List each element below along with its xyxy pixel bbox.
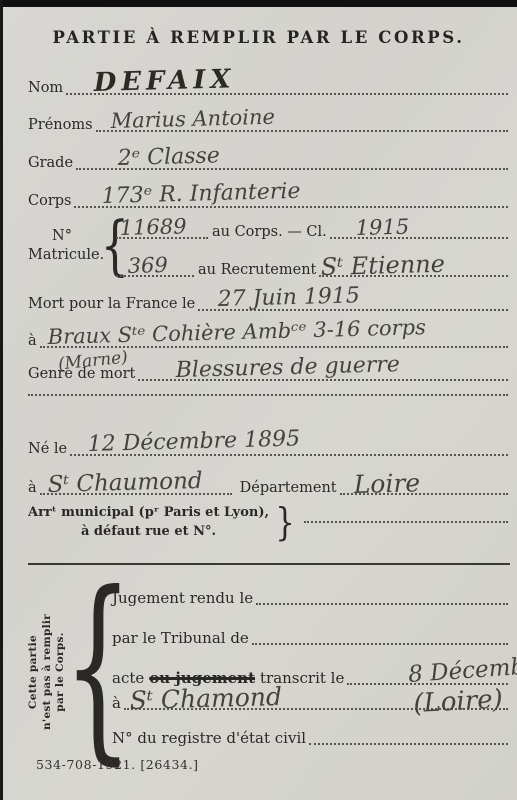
arrondissement-brace: } bbox=[275, 505, 294, 539]
matricule-label-word: Matricule. bbox=[28, 247, 104, 264]
arrondissement-label-1: Arrᵗ municipal (pʳ Paris et Lyon), bbox=[28, 503, 269, 522]
print-imprint: 534-708-1921. [26434.] bbox=[36, 757, 199, 772]
field-registre: N° du registre d'état civil bbox=[112, 729, 508, 748]
jugement-line bbox=[256, 603, 508, 605]
sidebar-line-1: Cette partie bbox=[27, 590, 41, 754]
genre-mort-line: Blessures de guerre bbox=[138, 379, 508, 381]
empty-dotted-line bbox=[28, 394, 508, 396]
tribunal-label: par le Tribunal de bbox=[112, 629, 249, 648]
acte-lieu-label: à bbox=[112, 694, 121, 713]
scan-edge-top bbox=[0, 0, 517, 7]
arrondissement-label-2: à défaut rue et N°. bbox=[28, 522, 269, 541]
acte-date-value: 8 Décembre 1915 bbox=[408, 651, 517, 685]
departement-label: Département bbox=[240, 479, 337, 498]
field-grade: Grade 2ᵉ Classe bbox=[28, 154, 508, 173]
recrutement-place-line: Sᵗ Etienne bbox=[319, 275, 508, 277]
mort-lieu-line: Braux Sᵗᵉ Cohière Ambᶜᵉ 3-16 corps bbox=[40, 346, 508, 348]
genre-mort-value: Blessures de guerre bbox=[176, 355, 401, 381]
arrondissement-line bbox=[304, 521, 508, 523]
scan-edge-left bbox=[0, 0, 3, 800]
mort-value: 27 Juin 1915 bbox=[218, 286, 361, 310]
corps-label: Corps bbox=[28, 192, 71, 211]
prenoms-line: Marius Antoine bbox=[96, 130, 508, 132]
field-ne-a: à Sᵗ Chaumond Département Loire bbox=[28, 479, 508, 498]
empty-line bbox=[28, 394, 508, 399]
departement-line: Loire bbox=[340, 493, 508, 495]
matricule-recrutement-number: 369 bbox=[127, 255, 168, 276]
prenoms-value: Marius Antoine bbox=[110, 107, 275, 131]
departement-value: Loire bbox=[353, 473, 420, 495]
card-title: PARTIE À REMPLIR PAR LE CORPS. bbox=[0, 28, 517, 47]
ne-le-line: 12 Décembre 1895 bbox=[70, 454, 508, 456]
matricule-recrutement-suffix: au Recrutement bbox=[198, 261, 316, 280]
matricule-recrutement-place: Sᵗ Etienne bbox=[321, 254, 446, 277]
matricule-corps-number: 11689 bbox=[119, 216, 186, 238]
corps-value: 173ᵉ R. Infanterie bbox=[102, 182, 301, 207]
field-arrondissement: Arrᵗ municipal (pʳ Paris et Lyon), à déf… bbox=[28, 503, 508, 541]
ne-le-label: Né le bbox=[28, 440, 67, 459]
matricule-label-no: N° bbox=[52, 228, 72, 245]
ne-a-label: à bbox=[28, 479, 37, 498]
matricule-corps-suffix: au Corps. — Cl. bbox=[212, 223, 327, 242]
ne-a-line: Sᵗ Chaumond bbox=[40, 493, 232, 495]
field-prenoms: Prénoms Marius Antoine bbox=[28, 116, 508, 135]
genre-mort-label: Genre de mort bbox=[28, 365, 135, 384]
registre-label: N° du registre d'état civil bbox=[112, 729, 306, 748]
mort-line: 27 Juin 1915 bbox=[198, 309, 508, 311]
matricule-classe-line: 1915 bbox=[330, 237, 508, 239]
military-death-record-card: PARTIE À REMPLIR PAR LE CORPS. Nom DEFAI… bbox=[0, 0, 517, 800]
field-nom: Nom DEFAIX bbox=[28, 79, 508, 98]
field-genre-mort: Genre de mort Blessures de guerre bbox=[28, 365, 508, 384]
mort-lieu-value: Braux Sᵗᵉ Cohière Ambᶜᵉ 3-16 corps bbox=[47, 317, 426, 347]
field-acte-lieu: à Sᵗ Chamond (Loire) bbox=[112, 694, 508, 713]
grade-label: Grade bbox=[28, 154, 73, 173]
tribunal-line bbox=[252, 643, 508, 645]
ne-le-value: 12 Décembre 1895 bbox=[88, 429, 301, 455]
nom-value: DEFAIX bbox=[94, 69, 236, 93]
field-mort-lieu: à Braux Sᵗᵉ Cohière Ambᶜᵉ 3-16 corps bbox=[28, 332, 508, 351]
acte-lieu-departement: (Loire) bbox=[413, 689, 503, 714]
mort-lieu-label: à bbox=[28, 332, 37, 351]
jugement-label: Jugement rendu le bbox=[112, 589, 253, 608]
matricule-row-corps: 11689 au Corps. — Cl. 1915 bbox=[116, 223, 508, 242]
matricule-row-recrutement: 369 au Recrutement Sᵗ Etienne bbox=[116, 261, 508, 280]
grade-value: 2ᵉ Classe bbox=[118, 146, 221, 169]
field-tribunal: par le Tribunal de bbox=[112, 629, 508, 648]
sidebar-line-2: n'est pas à remplir bbox=[41, 590, 55, 754]
prenoms-label: Prénoms bbox=[28, 116, 93, 135]
registre-line bbox=[309, 743, 508, 745]
nom-label: Nom bbox=[28, 79, 63, 98]
grade-line: 2ᵉ Classe bbox=[76, 168, 508, 170]
ne-a-value: Sᵗ Chaumond bbox=[47, 471, 202, 495]
corps-line: 173ᵉ R. Infanterie bbox=[74, 206, 508, 208]
recrutement-number-line: 369 bbox=[116, 275, 194, 277]
acte-lieu-value: Sᵗ Chamond bbox=[129, 687, 282, 711]
matricule-classe-value: 1915 bbox=[355, 217, 409, 238]
field-ne-le: Né le 12 Décembre 1895 bbox=[28, 440, 508, 459]
acte-lieu-line: Sᵗ Chamond (Loire) bbox=[124, 708, 508, 710]
matricule-number-line: 11689 bbox=[116, 237, 208, 239]
mort-label: Mort pour la France le bbox=[28, 295, 195, 314]
nom-line: DEFAIX bbox=[66, 93, 508, 95]
bottom-section-brace: { bbox=[63, 583, 133, 751]
field-jugement: Jugement rendu le bbox=[112, 589, 508, 608]
field-mort-date: Mort pour la France le 27 Juin 1915 bbox=[28, 295, 508, 314]
